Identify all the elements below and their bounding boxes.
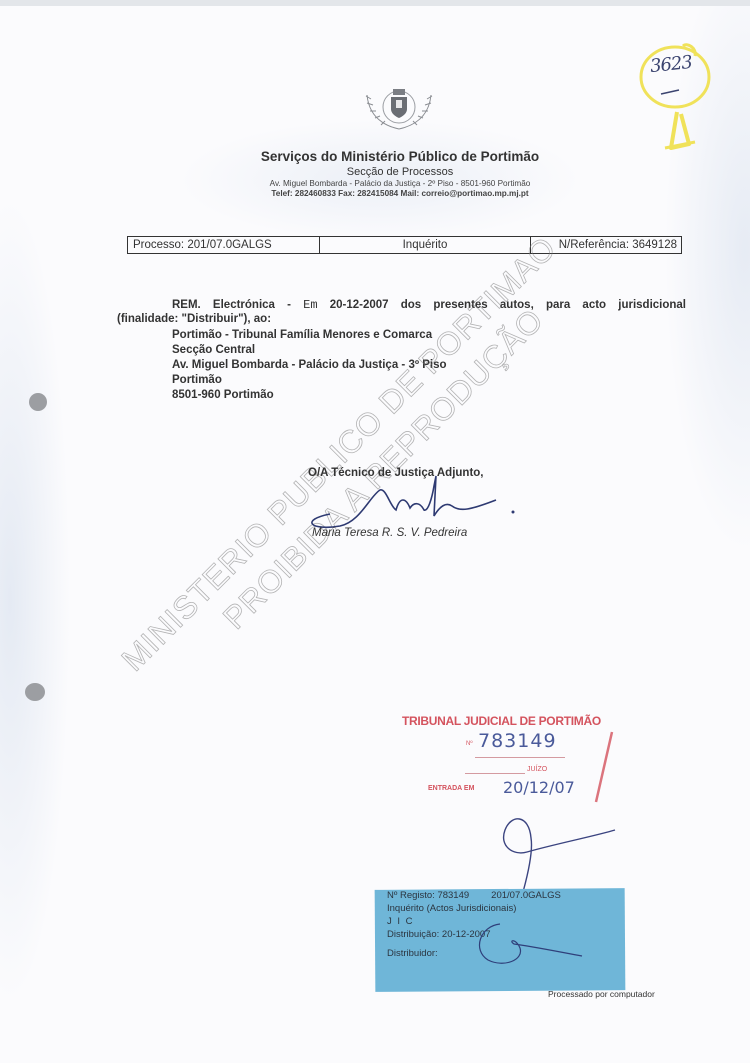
office-contact: Telef: 282460833 Fax: 282415084 Mail: co… [0,189,750,198]
registry-process: 201/07.0GALGS [491,890,561,901]
process-type: Inquérito [320,237,531,253]
process-number: Processo: 201/07.0GALGS [128,237,320,253]
scan-edge [0,0,750,6]
process-info-table: Processo: 201/07.0GALGS Inquérito N/Refe… [127,236,682,254]
punch-hole [25,683,45,701]
stamp-entrada-date: 20/12/07 [503,778,575,797]
punch-hole [29,393,47,411]
registry-signature [470,920,590,970]
registry-line-2: Inquérito (Actos Jurisdicionais) [387,903,516,915]
registry-line-3: J I C [387,916,414,928]
rem-em: Em [303,298,317,312]
rem-prefix: REM. Electrónica - [172,299,303,311]
handwritten-page-number: 3623 [649,52,693,77]
registry-distributor: Distribuidor: [387,948,438,960]
distributor-signature [495,810,625,900]
stamp-court-title: TRIBUNAL JUDICIAL DE PORTIMÃO [402,714,601,728]
stamp-number: 783149 [478,730,557,752]
recipient-line: Portimão - Tribunal Família Menores e Co… [172,328,447,343]
coat-of-arms-icon [361,85,437,133]
stamp-underline [475,757,565,758]
finalidade-line: (finalidade: "Distribuir"), ao: [117,313,271,325]
registry-number: Nº Registo: 783149 [387,890,469,901]
registry-line-1: Nº Registo: 783149201/07.0GALGS [387,890,561,902]
stamp-entrada-label: ENTRADA EM [428,785,474,792]
stamp-juizo-line [465,773,525,774]
office-address: Av. Miguel Bombarda - Palácio da Justiça… [0,179,750,188]
stamp-number-label: Nº [466,741,473,747]
stamp-juizo-label: JUÍZO [527,766,547,773]
section-name: Secção de Processos [0,166,750,178]
remittance-line: REM. Electrónica - Em 20-12-2007 dos pre… [172,298,686,312]
footer-note: Processado por computador [548,989,655,999]
stamp-slash-mark [590,730,620,805]
signer-name: Maria Teresa R. S. V. Pedreira [312,527,467,539]
